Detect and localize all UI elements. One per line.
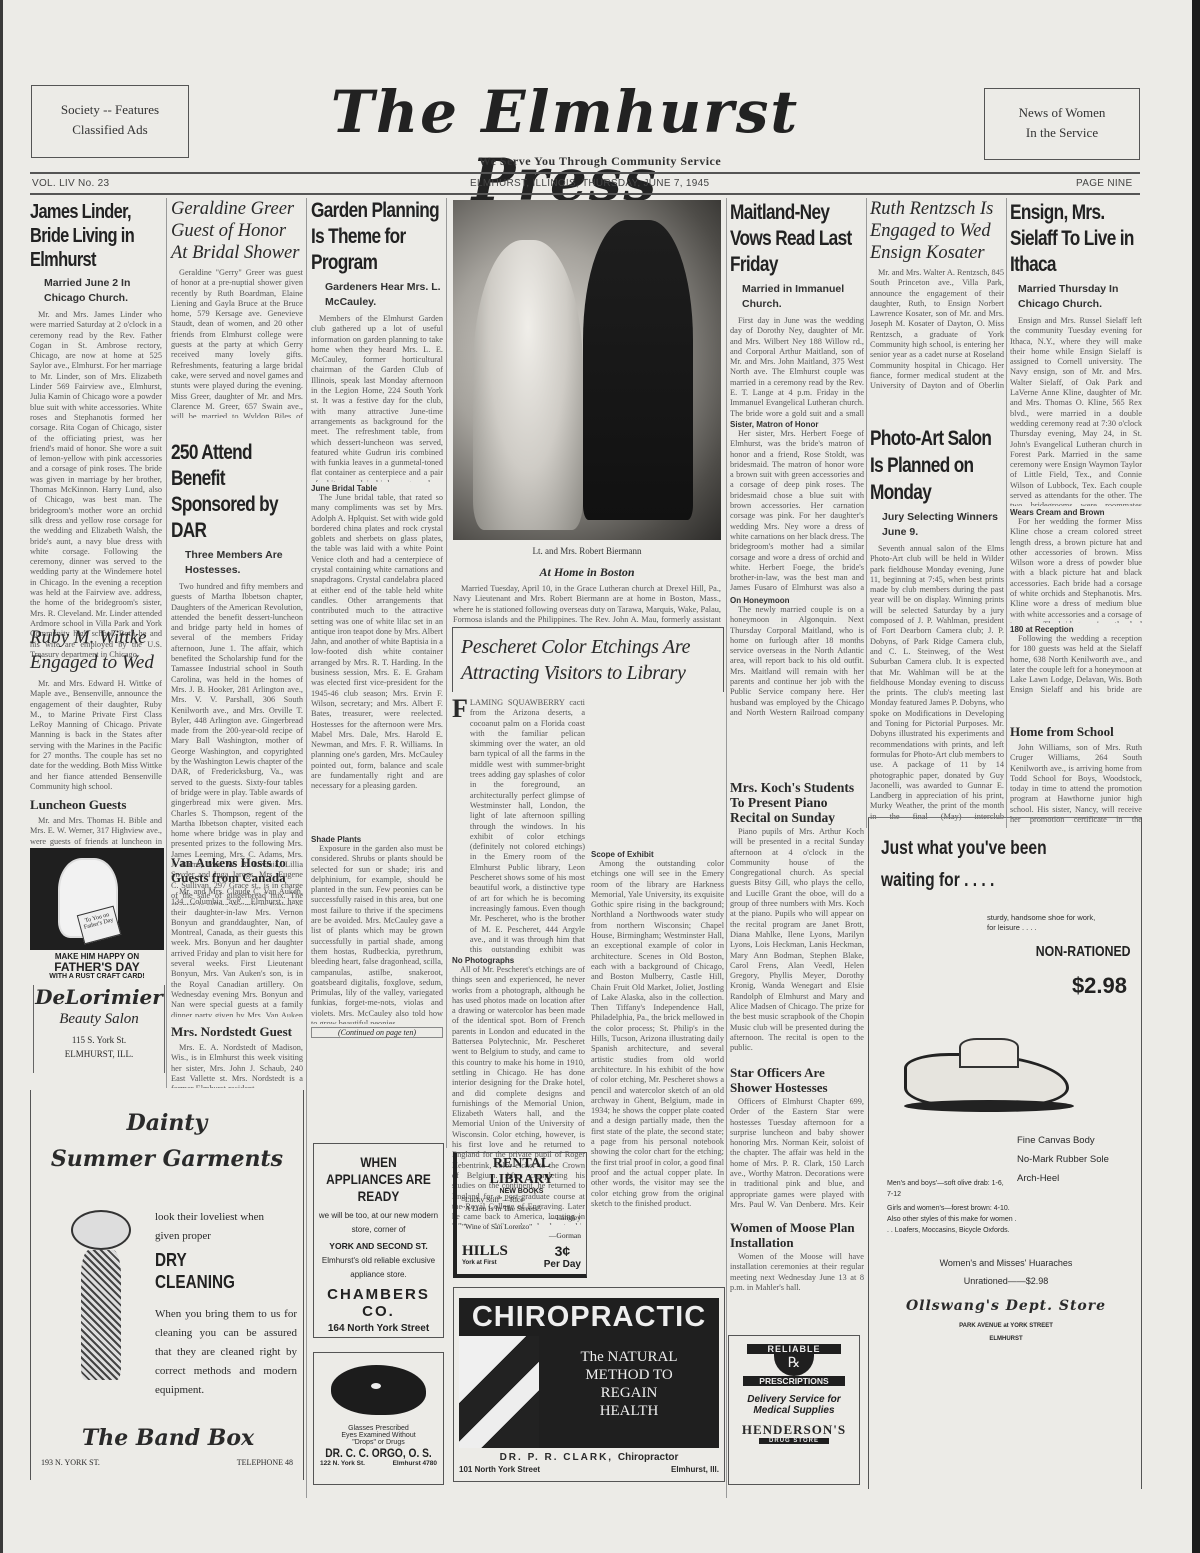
chiro-tagline: The NATURAL METHOD TO REGAIN HEALTH: [539, 1336, 719, 1448]
ad-price: $2.98: [1072, 973, 1127, 999]
salon-name: DeLorimier: [34, 985, 164, 1009]
shoe-icon: [904, 1028, 1074, 1118]
chiropractic-ad: CHIROPRACTIC The NATURAL METHOD TO REGAI…: [453, 1287, 725, 1482]
girls-sizes: Girls and women's—forest brown: 4-10. Al…: [887, 1203, 1017, 1236]
ad-line-1: we will be too, at our new modern store,…: [314, 1209, 443, 1237]
ad-line-dainty: Dainty: [31, 1110, 303, 1136]
ad-bottom-label: PRESCRIPTIONS: [743, 1376, 845, 1386]
column-divider: [446, 198, 447, 1148]
bride-figure-icon: [473, 240, 583, 530]
deck: Jury Selecting Winners June 9.: [870, 510, 1004, 540]
column-divider: [866, 198, 867, 828]
body-text: LAMING SQUAWBERRY cacti from the Arizona…: [470, 698, 585, 954]
column-divider: [166, 198, 167, 1088]
body-text: Exposure in the garden also must be cons…: [311, 844, 443, 1024]
article-pescheret: Pescheret Color Etchings Are Attracting …: [452, 627, 724, 1229]
ad-footer: 122 N. York St. Elmhurst 4780: [314, 1460, 443, 1467]
subhead: Sister, Matron of Honor: [730, 420, 864, 429]
headline: Garden Planning Is Theme for Program: [311, 198, 444, 276]
rental-footer: HILLS York at First 3¢ Per Day: [462, 1243, 581, 1270]
headline: Luncheon Guests: [30, 795, 162, 814]
article-vanaukens: Van Aukens Hosts to Guests from Canada M…: [171, 855, 303, 1017]
groom-figure-icon: [583, 220, 693, 520]
ad-headline-2: waiting for . . . .: [881, 870, 994, 892]
store-sub: DRUG STORE: [759, 1438, 829, 1444]
headline: James Linder, Bride Living in Elmhurst: [30, 200, 165, 272]
article-photoart: Photo-Art Salon Is Planned on Monday Jur…: [870, 425, 1004, 822]
body-text: Her sister, Mrs. Herbert Foege of Elmhur…: [730, 429, 864, 594]
masthead-rule-top: [30, 172, 1140, 174]
headline: Photo-Art Salon Is Planned on Monday: [870, 425, 1005, 506]
feature-list: Fine Canvas Body No-Mark Rubber Sole Arc…: [1017, 1131, 1109, 1188]
store-address: PARK AVENUE at YORK STREET: [869, 1323, 1143, 1329]
subhead: 180 at Reception: [1010, 625, 1142, 634]
ad-headline: RENTAL LIBRARY: [462, 1156, 581, 1188]
body-text: Seventh annual salon of the Elms Photo-A…: [870, 544, 1004, 822]
body-text: Mr. and Mrs. Walter A. Rentzsch, 845 Sou…: [870, 268, 1004, 393]
headline: Ruth Rentzsch Is Engaged to Wed Ensign K…: [870, 198, 1004, 264]
book-1: "Lucky Stiff"—Rice: [462, 1195, 581, 1204]
column-divider: [306, 198, 307, 1498]
feature-item: Arch-Heel: [1017, 1169, 1109, 1188]
fathers-day-line-2: FATHER'S DAY: [30, 961, 164, 973]
chiro-body: The NATURAL METHOD TO REGAIN HEALTH: [459, 1336, 719, 1448]
woman-figure-icon: [61, 1210, 141, 1400]
headline: Mrs. Koch's Students To Present Piano Re…: [730, 780, 864, 825]
chiropractor-illustration-icon: [459, 1336, 539, 1448]
feature-item: Fine Canvas Body: [1017, 1131, 1109, 1150]
subhead: Shade Plants: [311, 835, 443, 844]
ollswang-ad: Just what you've been waiting for . . . …: [868, 817, 1142, 1489]
ad-line-3: "Drops" or Drugs: [314, 1439, 443, 1446]
headline: Star Officers Are Shower Hostesses: [730, 1065, 864, 1095]
article-koch: Mrs. Koch's Students To Present Piano Re…: [730, 780, 864, 1072]
fathers-day-line-3: WITH A RUST CRAFT CARD!: [30, 973, 164, 980]
wedding-photo: [453, 200, 721, 540]
rental-price: 3¢: [544, 1243, 581, 1259]
dateline: ELMHURST, ILLINOIS, THURSDAY, JUNE 7, 19…: [470, 178, 709, 189]
deck: Married June 2 In Chicago Church.: [30, 276, 162, 306]
article-rentzsch: Ruth Rentzsch Is Engaged to Wed Ensign K…: [870, 198, 1004, 393]
ad-phone: TELEPHONE 48: [237, 1458, 293, 1467]
ad-top-label: RELIABLE: [747, 1344, 841, 1354]
ad-store-name: The Band Box: [31, 1425, 305, 1451]
body-text: Mr. and Mrs. Claude C. Van Auken, 134 Co…: [171, 887, 303, 1017]
body-text: Women of the Moose will have installatio…: [730, 1252, 864, 1294]
ad-line-summer-garments: Summer Garments: [31, 1146, 303, 1172]
volume-number: VOL. LIV No. 23: [32, 178, 109, 189]
body-text: First day in June was the wedding day of…: [730, 316, 864, 418]
ad-tag-2: for leisure . . . .: [987, 923, 1037, 932]
headline: Women of Moose Plan Installation: [730, 1220, 864, 1250]
deck: Married Thursday In Chicago Church.: [1010, 282, 1142, 312]
column-divider: [726, 198, 727, 1498]
unrationed-line: Unrationed——$2.98: [869, 1276, 1143, 1286]
store-name: HENDERSON'S: [729, 1422, 859, 1438]
article-homefromschool: Home from School John Williams, son of M…: [1010, 722, 1142, 825]
newspaper-page: Society -- Features Classified Ads The E…: [0, 0, 1200, 1553]
ad-service-dry: DRY: [155, 1250, 187, 1271]
men-sizes: Men's and boys'—soft olive drab: 1-6, 7-…: [887, 1178, 1007, 1200]
ad-line-1: Glasses Prescribed: [314, 1425, 443, 1432]
body-text: Following the wedding a reception for 18…: [1010, 634, 1142, 696]
drop-cap: F: [452, 698, 468, 954]
article-nordstedt: Mrs. Nordstedt Guest Mrs. E. A. Nordsted…: [171, 1022, 303, 1088]
salon-sub: Beauty Salon: [34, 1009, 164, 1029]
body-text: Married Tuesday, April 10, in the Grace …: [453, 584, 721, 626]
left-ear-line-1: Society -- Features: [32, 100, 188, 120]
headline: Pescheret Color Etchings Are Attracting …: [461, 634, 715, 686]
chambers-ad: WHEN APPLIANCES ARE READY we will be too…: [313, 1143, 444, 1338]
orgo-ad: Glasses Prescribed Eyes Examined Without…: [313, 1352, 444, 1485]
deck: Three Members Are Hostesses.: [171, 548, 303, 578]
article-linder: James Linder, Bride Living in Elmhurst M…: [30, 200, 162, 658]
delorimier-ad: DeLorimier Beauty Salon 115 S. York St. …: [33, 985, 165, 1073]
ad-address: 193 N. YORK ST.: [41, 1458, 100, 1467]
ad-line-1: Delivery Service for: [729, 1394, 859, 1405]
masthead-motto: We Serve You Through Community Service: [390, 154, 810, 169]
body-text: Piano pupils of Mrs. Arthur Koch will be…: [730, 827, 864, 1072]
subhead: No Photographs: [452, 956, 585, 965]
chiro-doctor: DR. P. R. CLARK, Chiropractor: [459, 1452, 719, 1463]
ad-headline: WHEN APPLIANCES ARE READY: [324, 1154, 434, 1205]
band-box-ad: Dainty Summer Garments look their loveli…: [30, 1090, 304, 1480]
feature-item: No-Mark Rubber Sole: [1017, 1150, 1109, 1169]
ad-line-2: Eyes Examined Without: [314, 1432, 443, 1439]
headline: Mrs. Nordstedt Guest: [171, 1022, 303, 1041]
headline: Geraldine Greer Guest of Honor At Bridal…: [171, 198, 303, 264]
ad-sub: NEW BOOKS: [462, 1188, 581, 1195]
deck: Gardeners Hear Mrs. L. McCauley.: [311, 280, 443, 310]
left-ear-line-2: Classified Ads: [32, 120, 188, 140]
rental-per: Per Day: [544, 1259, 581, 1270]
article-garden: Garden Planning Is Theme for Program Gar…: [311, 198, 443, 1038]
headline: Maitland-Ney Vows Read Last Friday: [730, 200, 865, 278]
ad-address: 122 N. York St.: [320, 1460, 365, 1467]
book-3: "Wine of San Lorenzo"—Gorman: [462, 1222, 581, 1240]
photo-caption: Lt. and Mrs. Robert Biermann: [453, 546, 721, 556]
masthead-rule-bottom: [30, 193, 1140, 195]
article-maitland: Maitland-Ney Vows Read Last Friday Marri…: [730, 200, 864, 717]
masthead-title: The Elmhurst Press: [240, 78, 890, 148]
store-name: Ollswang's Dept. Store: [869, 1298, 1143, 1314]
continued-note: (Continued on page ten): [311, 1027, 443, 1038]
body-text: For her wedding the former Miss Kline ch…: [1010, 517, 1142, 623]
headline: Van Aukens Hosts to Guests from Canada: [171, 855, 303, 885]
pescheret-columns: F LAMING SQUAWBERRY cacti from the Arizo…: [452, 698, 724, 1229]
hendersons-ad: RELIABLE ℞ PRESCRIPTIONS Delivery Servic…: [728, 1335, 860, 1485]
ad-tag-1: sturdy, handsome shoe for work,: [987, 913, 1095, 922]
fathers-day-illustration: To You on Father's Day: [30, 848, 164, 950]
headline: Ruby M. Wittke Engaged to Wed: [30, 625, 162, 675]
salon-address: 115 S. York St.: [34, 1035, 164, 1045]
right-ear-line-1: News of Women: [985, 103, 1139, 123]
store-location: York at First: [462, 1260, 508, 1266]
body-text: Officers of Elmhurst Chapter 699, Order …: [730, 1097, 864, 1207]
article-wittke: Ruby M. Wittke Engaged to Wed Mr. and Mr…: [30, 625, 162, 797]
right-ear-line-2: In the Service: [985, 123, 1139, 143]
subhead: June Bridal Table: [311, 484, 443, 493]
ad-store-name: CHAMBERS CO.: [314, 1286, 443, 1320]
ad-line-3: Elmhurst's old reliable exclusive applia…: [314, 1254, 443, 1282]
ad-phone: Elmhurst 4780: [393, 1460, 437, 1467]
ad-body: When you bring them to us for cleaning y…: [155, 1305, 297, 1400]
body-text: Mrs. E. A. Nordstedt of Madison, Wis., i…: [171, 1043, 303, 1088]
ad-headline: CHIROPRACTIC: [459, 1298, 719, 1336]
article-moose: Women of Moose Plan Installation Women o…: [730, 1220, 864, 1294]
headline-box: Pescheret Color Etchings Are Attracting …: [452, 627, 724, 692]
ad-line-2: YORK AND SECOND ST.: [314, 1241, 443, 1251]
column-divider: [1006, 198, 1007, 828]
rental-library-ad: RENTAL LIBRARY NEW BOOKS "Lucky Stiff"—R…: [453, 1152, 587, 1278]
subhead: Wears Cream and Brown: [1010, 508, 1142, 517]
subhead: On Honeymoon: [730, 596, 864, 605]
body-text: Among the outstanding color etchings one…: [591, 859, 724, 1229]
body-text: Geraldine "Gerry" Greer was guest of hon…: [171, 268, 303, 418]
body-text: The newly married couple is on a honeymo…: [730, 605, 864, 717]
deck: Married in Immanuel Church.: [730, 282, 864, 312]
page-edge-left: [0, 0, 3, 1553]
store-city: ELMHURST: [869, 1336, 1143, 1342]
article-starofficers: Star Officers Are Shower Hostesses Offic…: [730, 1065, 864, 1207]
ad-line-2: Medical Supplies: [729, 1405, 859, 1416]
page-number: PAGE NINE: [1076, 178, 1132, 189]
body-text: Members of the Elmhurst Garden club gath…: [311, 314, 443, 482]
article-sielaff: Ensign, Mrs. Sielaff To Live in Ithaca M…: [1010, 200, 1142, 696]
chiro-footer: 101 North York Street Elmhurst, Ill.: [459, 1465, 719, 1474]
headline: At Home in Boston: [453, 563, 721, 582]
rx-icon: ℞: [774, 1354, 814, 1376]
fathers-day-ad: To You on Father's Day MAKE HIM HAPPY ON…: [30, 848, 164, 978]
body-text: Mr. and Mrs. Edward H. Wittke of Maple a…: [30, 679, 162, 797]
body-text: John Williams, son of Mrs. Ruth Cruger W…: [1010, 743, 1142, 825]
store-name: HILLS: [462, 1243, 508, 1260]
eye-icon: [331, 1365, 426, 1415]
body-text: Ensign and Mrs. Russel Sielaff left the …: [1010, 316, 1142, 506]
non-rationed-label: NON-RATIONED: [1036, 943, 1131, 960]
headline: Home from School: [1010, 722, 1142, 741]
ad-tagline: look their loveliest when given proper: [155, 1208, 265, 1246]
huaraches-line: Women's and Misses' Huaraches: [869, 1258, 1143, 1268]
right-ear-box: News of Women In the Service: [984, 88, 1140, 160]
ad-doctor-name: DR. C. C. ORGO, O. S.: [324, 1446, 434, 1460]
article-dar: 250 Attend Benefit Sponsored by DAR Thre…: [171, 440, 303, 905]
subhead: Scope of Exhibit: [591, 850, 724, 859]
ad-headline-1: Just what you've been: [881, 838, 1047, 860]
ad-address: 164 North York Street: [314, 1323, 443, 1334]
page-edge-right: [1192, 0, 1200, 1553]
headline: Ensign, Mrs. Sielaff To Live in Ithaca: [1010, 200, 1141, 278]
article-boston: At Home in Boston Married Tuesday, April…: [453, 563, 721, 626]
headline: 250 Attend Benefit Sponsored by DAR: [171, 440, 304, 544]
body-text: Mr. and Mrs. James Linder who were marri…: [30, 310, 162, 658]
salon-city: ELMHURST, ILL.: [34, 1049, 164, 1059]
left-ear-box: Society -- Features Classified Ads: [31, 85, 189, 158]
body-text: The June bridal table, that rated so man…: [311, 493, 443, 833]
ad-service-cleaning: CLEANING: [155, 1272, 235, 1293]
article-greer: Geraldine Greer Guest of Honor At Bridal…: [171, 198, 303, 418]
book-2: "A Lion Is In The Streets"—Langley: [462, 1204, 581, 1222]
